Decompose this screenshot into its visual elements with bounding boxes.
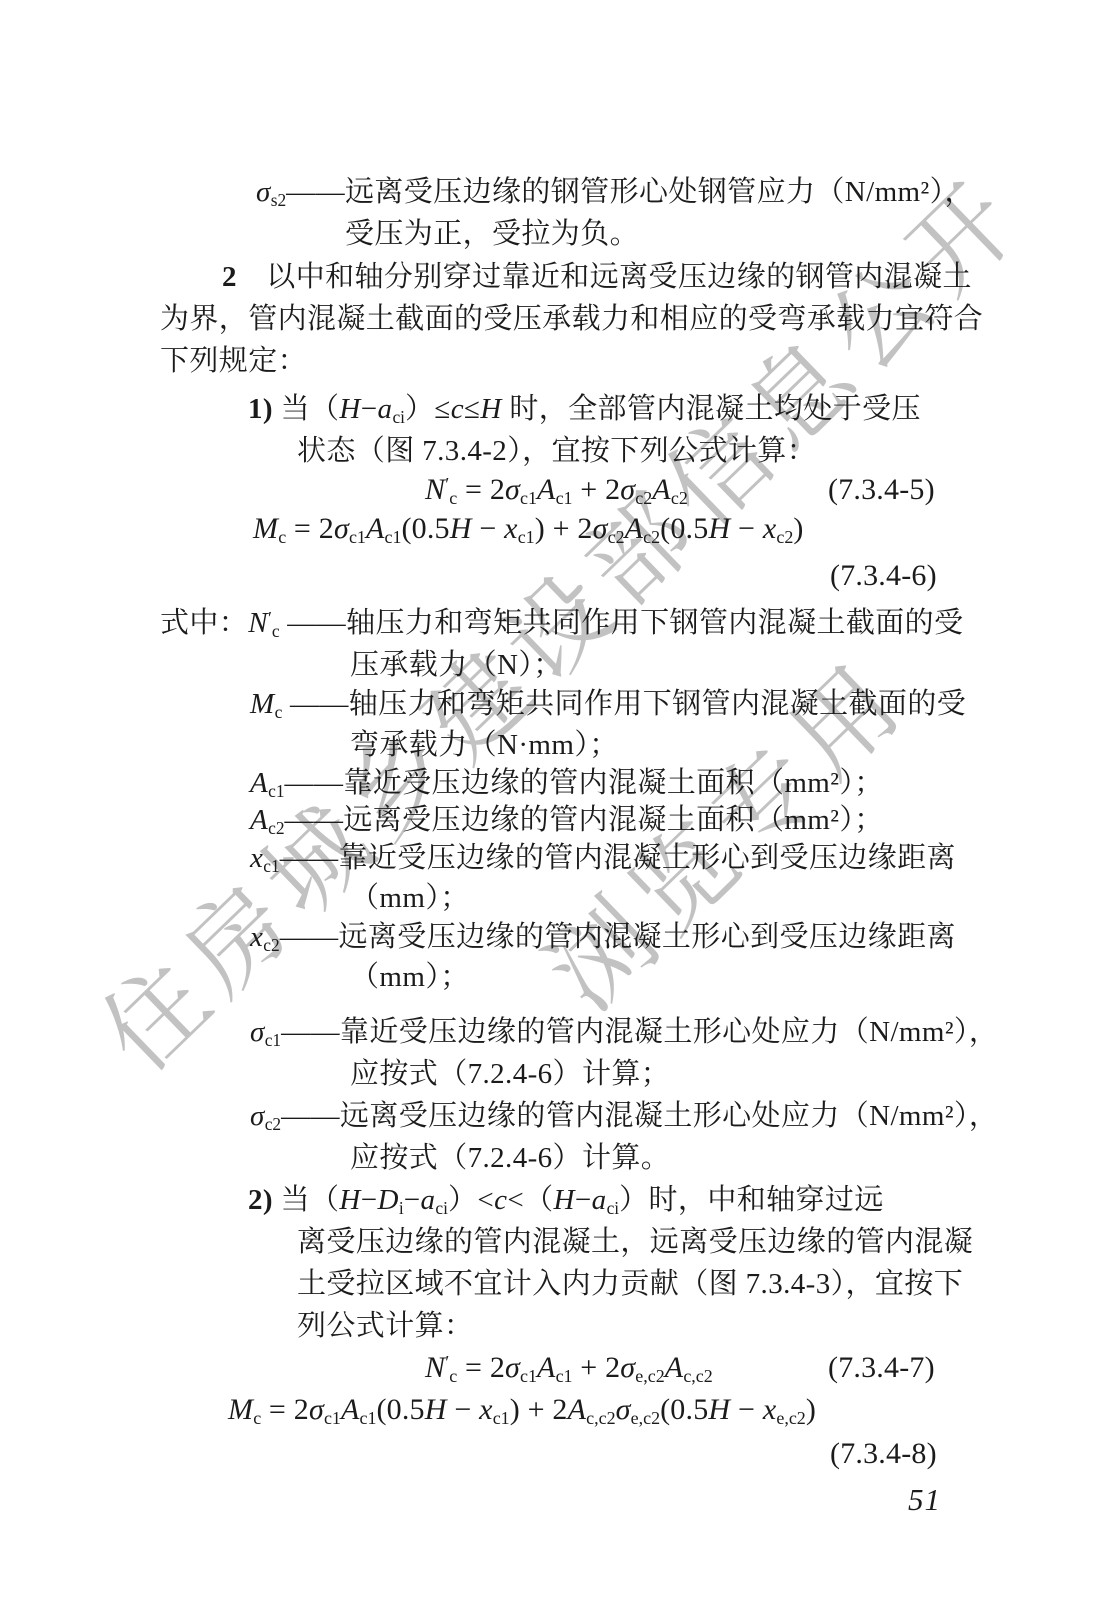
equation-7-3-4-6: Mc = 2σc1Ac1(0.5H − xc1) + 2σc2Ac2(0.5H … <box>253 509 804 549</box>
def-sigma-c1-line2: 应按式（7.2.4-6）计算； <box>350 1054 670 1094</box>
def-Ac2: Ac2——远离受压边缘的管内混凝土面积（mm²）； <box>250 800 884 840</box>
def-xc1-line1: xc1——靠近受压边缘的管内混凝土形心到受压边缘距离 <box>250 838 956 878</box>
item-2-line2: 离受压边缘的管内混凝土，远离受压边缘的管内混凝 <box>297 1222 973 1262</box>
clause-2-line2: 为界，管内混凝土截面的受压承载力和相应的受弯承载力宜符合 <box>160 299 983 339</box>
def-sigma-c2-line1: σc2——远离受压边缘的管内混凝土形心处应力（N/mm²）， <box>250 1096 998 1136</box>
equation-7-3-4-7: N′c = 2σc1Ac1 + 2σe,c2Ac,c2 <box>425 1348 713 1388</box>
def-xc1-line2: （mm）； <box>350 878 470 918</box>
clause-2-line3: 下列规定： <box>160 341 307 381</box>
def-sigma-c1-line1: σc1——靠近受压边缘的管内混凝土形心处应力（N/mm²）， <box>250 1012 998 1052</box>
def-xc2-line2: （mm）； <box>350 957 470 997</box>
equation-7-3-4-8: Mc = 2σc1Ac1(0.5H − xc1) + 2Ac,c2σe,c2(0… <box>228 1390 816 1430</box>
def-sigma-s2-line1: σs2——远离受压边缘的钢管形心处钢管应力（N/mm²）， <box>256 172 974 212</box>
def-xc2-line1: xc2——远离受压边缘的管内混凝土形心到受压边缘距离 <box>250 917 956 957</box>
equation-number-7-3-4-7: (7.3.4-7) <box>828 1348 935 1388</box>
page-number: 51 <box>908 1482 941 1518</box>
def-Mc-line2: 弯承载力（N·mm）； <box>350 725 619 765</box>
equation-7-3-4-5: N′c = 2σc1Ac1 + 2σc2Ac2 <box>425 470 688 510</box>
clause-2-line1: 2 以中和轴分别穿过靠近和远离受压边缘的钢管内混凝土 <box>222 257 972 297</box>
equation-number-7-3-4-8: (7.3.4-8) <box>830 1434 937 1474</box>
def-Nc-line2: 压承载力（N）； <box>350 645 563 685</box>
equation-number-7-3-4-6: (7.3.4-6) <box>830 556 937 596</box>
def-Nc-line1: 式中：N′c ——轴压力和弯矩共同作用下钢管内混凝土截面的受 <box>160 603 963 643</box>
def-Ac1: Ac1——靠近受压边缘的管内混凝土面积（mm²）； <box>250 763 884 803</box>
item-2-line4: 列公式计算： <box>297 1306 473 1346</box>
def-Mc-line1: Mc ——轴压力和弯矩共同作用下钢管内混凝土截面的受 <box>250 684 966 724</box>
item-2-line1: 2) 当（H−Di−aci）<c<（H−aci）时，中和轴穿过远 <box>248 1180 884 1220</box>
def-sigma-s2-line2: 受压为正，受拉为负。 <box>345 214 639 254</box>
item-1-line1: 1) 当（H−aci）≤c≤H 时，全部管内混凝土均处于受压 <box>248 389 921 429</box>
document-page: 住房城乡建设部信息公开 浏览专用 σs2——远离受压边缘的钢管形心处钢管应力（N… <box>0 0 1103 1598</box>
def-sigma-c2-line2: 应按式（7.2.4-6）计算。 <box>350 1138 670 1178</box>
equation-number-7-3-4-5: (7.3.4-5) <box>828 470 935 510</box>
item-2-line3: 土受拉区域不宜计入内力贡献（图 7.3.4-3），宜按下 <box>297 1264 963 1304</box>
item-1-line2: 状态（图 7.3.4-2），宜按下列公式计算： <box>297 431 816 471</box>
